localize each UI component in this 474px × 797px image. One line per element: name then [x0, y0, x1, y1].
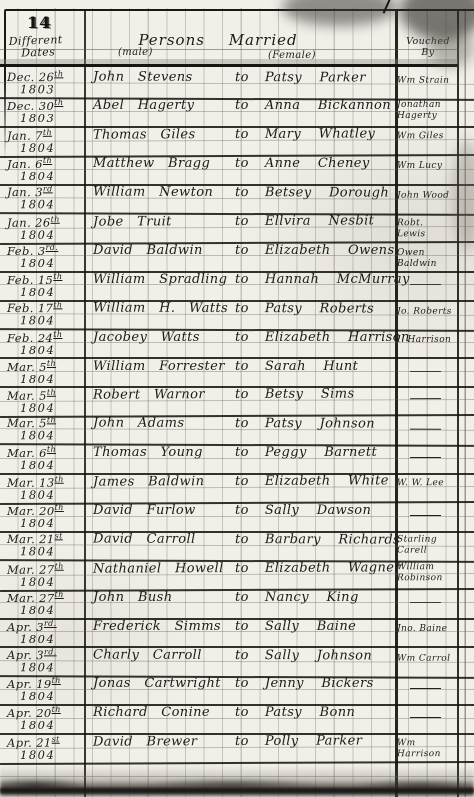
security-cell: JonathanHagerty — [397, 100, 455, 122]
to-word: to — [235, 301, 249, 316]
bride-name: Patsy Parker — [265, 70, 366, 85]
record-date: Mar. 27th — [7, 590, 64, 605]
record-row: Feb. 24th 1804 Jacobey Watts to Elizabet… — [0, 329, 474, 360]
bride-name: Nancy King — [265, 590, 359, 605]
security-dash — [410, 284, 441, 285]
record-names: John Bush to Nancy King — [93, 590, 393, 605]
record-year: 1804 — [20, 256, 55, 270]
record-names: Robert Warnor to Betsy Sims — [93, 387, 393, 403]
marriage-register-scan: 14 Different Dates Persons Married (male… — [0, 0, 474, 797]
bride-name: Sarah Hunt — [265, 359, 358, 374]
security-name: Wm Carrol — [397, 653, 455, 664]
groom-name: William Forrester — [93, 359, 231, 374]
record-date: Apr. 20th — [7, 705, 61, 720]
record-names: John Adams to Patsy Johnson — [93, 416, 393, 432]
security-cell: Jo. Roberts — [397, 306, 455, 317]
groom-name: David Furlow — [93, 503, 231, 518]
groom-name: David Baldwin — [93, 243, 231, 258]
record-date: Feb. 17th — [7, 300, 62, 315]
record-date: Mar. 5th — [7, 388, 56, 403]
record-names: David Baldwin to Elizabeth Owens — [93, 243, 393, 258]
security-name: Jonathan — [397, 100, 455, 111]
bride-name: Polly Parker — [265, 734, 363, 749]
security-cell — [397, 447, 455, 458]
record-date: Dec. 26th — [7, 69, 63, 84]
record-names: Nathaniel Howell to Elizabeth Wagner — [93, 560, 393, 576]
to-word: to — [235, 359, 249, 374]
to-word: to — [235, 243, 249, 258]
pen-mark — [383, 0, 392, 14]
header-dates-column: Different Dates — [9, 34, 64, 60]
header-thin-rule — [0, 49, 458, 50]
to-word: to — [235, 532, 249, 547]
record-names: Richard Conine to Patsy Bonn — [93, 705, 393, 720]
security-cell — [397, 274, 455, 285]
record-row: Mar. 27th 1804 John Bush to Nancy King — [0, 589, 474, 620]
to-word: to — [235, 503, 249, 518]
record-row: Apr. 21st 1804 David Brewer to Polly Par… — [0, 732, 474, 765]
to-word: to — [235, 590, 249, 605]
groom-name: Frederick Simms — [93, 619, 231, 634]
record-date: Jan. 26th — [7, 215, 60, 230]
record-names: Matthew Bragg to Anne Cheney — [93, 156, 393, 171]
to-word: to — [235, 330, 249, 345]
bride-name: Sally Baine — [265, 619, 356, 634]
ink-smudge — [282, 0, 397, 26]
to-word: to — [235, 387, 249, 402]
to-word: to — [235, 156, 249, 171]
bride-name: Elizabeth Harrison — [265, 330, 410, 345]
record-names: James Baldwin to Elizabeth White — [93, 473, 393, 489]
page-number: 14 — [27, 13, 51, 32]
record-year: 1804 — [20, 488, 55, 502]
record-year: 1804 — [20, 372, 55, 386]
security-cell: Wm Strain — [397, 75, 455, 86]
record-row: Mar. 21st 1804 David Carroll to Barbary … — [0, 530, 474, 563]
security-name: William — [397, 562, 455, 573]
record-names: Jacobey Watts to Elizabeth Harrison — [93, 330, 393, 345]
to-word: to — [235, 619, 249, 634]
record-year: 1804 — [20, 197, 55, 211]
bride-name: Betsey Dorough — [265, 185, 389, 200]
security-name: Owen Baldwin — [397, 248, 455, 270]
security-dash — [410, 457, 441, 458]
security-name: John Wood — [397, 191, 455, 202]
record-row: Mar. 5th 1804 Robert Warnor to Betsy Sim… — [0, 385, 474, 418]
record-year: 1804 — [20, 285, 55, 299]
record-row: Apr. 3rd. 1804 Frederick Simms to Sally … — [0, 618, 474, 649]
security-cell: Wm Harrison — [397, 738, 455, 760]
security-cell: John Wood — [397, 191, 455, 202]
groom-name: Robert Warnor — [93, 387, 231, 403]
security-cell — [397, 678, 455, 689]
record-row: Feb. 3rd. 1804 David Baldwin to Elizabet… — [0, 242, 474, 273]
record-date: Feb. 3rd. — [7, 243, 58, 258]
record-names: David Carroll to Barbary Richards — [93, 531, 393, 547]
record-date: Mar. 21st — [7, 531, 63, 546]
to-word: to — [235, 705, 249, 720]
record-year: 1804 — [20, 632, 55, 646]
groom-name: Charly Carroll — [93, 647, 231, 662]
record-row: Feb. 15th 1804 William Spradling to Hann… — [0, 271, 474, 302]
security-dash — [410, 688, 441, 689]
groom-name: John Bush — [93, 590, 231, 605]
record-names: Thomas Young to Peggy Barnett — [93, 445, 393, 460]
security-name: Wm Harrison — [397, 738, 455, 760]
security-name: Wm Strain — [397, 75, 455, 86]
security-dash — [410, 429, 441, 430]
bride-name: Mary Whatley — [265, 127, 376, 142]
record-row: Feb. 17th 1804 William H. Watts to Patsy… — [0, 299, 474, 332]
security-cell — [397, 419, 455, 430]
record-row: Dec. 30th 1803 Abel Hagerty to Anna Bick… — [0, 97, 474, 128]
record-names: William Forrester to Sarah Hunt — [93, 359, 393, 374]
record-date: Feb. 24th — [7, 330, 62, 345]
groom-name: David Carroll — [93, 531, 231, 546]
record-row: Mar. 13th 1804 James Baldwin to Elizabet… — [0, 472, 474, 505]
record-row: Apr. 3rd. 1804 Charly Carroll to Sally J… — [0, 646, 474, 679]
record-year: 1803 — [20, 111, 55, 125]
record-year: 1804 — [20, 141, 55, 155]
record-year: 1804 — [20, 343, 55, 357]
bride-name: Barbary Richards — [265, 532, 400, 547]
security-name: Carell — [397, 545, 455, 556]
groom-name: Abel Hagerty — [93, 98, 231, 113]
security-cell: W. W. Lee — [397, 478, 455, 489]
security-dash — [410, 515, 441, 516]
header-dates-line2: Dates — [21, 46, 63, 59]
record-year: 1804 — [20, 228, 55, 242]
groom-name: David Brewer — [93, 734, 231, 750]
security-cell: I. Harrison — [397, 335, 455, 346]
bride-name: Betsy Sims — [265, 387, 355, 402]
bride-name: Elizabeth Owens — [265, 243, 395, 258]
record-row: Mar. 27th 1804 Nathaniel Howell to Eliza… — [0, 559, 474, 592]
record-names: Thomas Giles to Mary Whatley — [93, 127, 393, 143]
bottom-ledger-rule — [0, 776, 474, 777]
record-year: 1804 — [20, 748, 55, 762]
groom-name: William Spradling — [93, 272, 231, 287]
record-date: Mar. 6th — [7, 445, 56, 460]
record-names: Charly Carroll to Sally Johnson — [93, 647, 393, 663]
security-cell: Owen Baldwin — [397, 248, 455, 270]
to-word: to — [235, 185, 249, 200]
security-cell — [397, 707, 455, 718]
groom-name: John Adams — [93, 416, 231, 431]
header-by-line1: Vouched — [406, 36, 450, 47]
security-name: W. W. Lee — [397, 478, 455, 489]
record-year: 1804 — [20, 313, 55, 327]
groom-name: John Stevens — [93, 69, 231, 84]
record-names: David Brewer to Polly Parker — [93, 734, 393, 750]
header-by-line2: By — [421, 47, 434, 58]
record-names: Frederick Simms to Sally Baine — [93, 619, 393, 634]
security-name: Starling — [397, 534, 455, 545]
record-names: Jonas Cartwright to Jenny Bickers — [93, 676, 393, 691]
to-word: to — [235, 474, 249, 489]
security-cell: Jno. Baine — [397, 624, 455, 635]
bride-name: Patsy Roberts — [265, 301, 374, 316]
security-cell: Wm Lucy — [397, 161, 455, 172]
security-cell: WilliamRobinson — [397, 562, 455, 584]
record-year: 1804 — [20, 516, 55, 530]
record-row: Jan. 3rd 1804 William Newton to Betsey D… — [0, 183, 474, 216]
record-date: Apr. 21st — [7, 735, 60, 750]
security-cell: Wm Carrol — [397, 653, 455, 664]
record-date: Mar. 13th — [7, 475, 64, 490]
security-cell — [397, 361, 455, 372]
security-name: Robt. Lewis — [397, 218, 455, 240]
security-cell — [397, 592, 455, 603]
record-date: Feb. 15th — [7, 272, 62, 287]
groom-name: Matthew Bragg — [93, 156, 231, 171]
to-word: to — [235, 647, 249, 662]
to-word: to — [235, 416, 249, 431]
record-row: Apr. 19th 1804 Jonas Cartwright to Jenny… — [0, 675, 474, 706]
record-year: 1804 — [20, 575, 55, 589]
to-word: to — [235, 676, 249, 691]
record-year: 1804 — [20, 401, 55, 415]
record-year: 1804 — [20, 689, 55, 703]
record-row: Jan. 6th 1804 Matthew Bragg to Anne Chen… — [0, 155, 474, 186]
security-dash — [410, 399, 441, 400]
to-word: to — [235, 272, 249, 287]
security-cell — [397, 505, 455, 516]
record-row: Jan. 7th 1804 Thomas Giles to Mary Whatl… — [0, 125, 474, 158]
bride-name: Elizabeth Wagner — [265, 560, 401, 576]
record-year: 1804 — [20, 603, 55, 617]
groom-name: William Newton — [93, 185, 231, 200]
record-date: Mar. 5th — [7, 415, 56, 430]
groom-name: Thomas Giles — [93, 127, 231, 143]
bride-name: Anne Cheney — [265, 156, 370, 171]
header-female-label: (Female) — [268, 50, 316, 61]
bride-name: Hannah McMurray — [265, 272, 410, 287]
bride-name: Elizabeth White — [265, 473, 389, 489]
record-row: Mar. 6th 1804 Thomas Young to Peggy Barn… — [0, 444, 474, 475]
security-cell — [397, 388, 455, 399]
bride-name: Patsy Johnson — [265, 416, 375, 431]
record-date: Jan. 7th — [7, 128, 52, 143]
record-date: Apr. 3rd. — [7, 619, 57, 634]
record-date: Jan. 6th — [7, 156, 52, 171]
record-names: William Newton to Betsey Dorough — [93, 185, 393, 201]
groom-name: Jonas Cartwright — [93, 676, 231, 691]
record-row: Dec. 26th 1803 John Stevens to Patsy Par… — [0, 68, 474, 101]
record-year: 1804 — [20, 458, 55, 472]
record-year: 1804 — [20, 169, 55, 183]
record-date: Dec. 30th — [7, 98, 63, 113]
security-cell: Wm Giles — [397, 131, 455, 142]
security-name: Jno. Baine — [397, 624, 455, 635]
record-names: William Spradling to Hannah McMurray — [93, 272, 393, 287]
bride-name: Jenny Bickers — [265, 676, 374, 691]
record-names: Jobe Truit to Ellvira Nesbit — [93, 213, 393, 229]
to-word: to — [235, 445, 249, 460]
groom-name: Nathaniel Howell — [93, 561, 231, 577]
record-row: Mar. 5th 1804 John Adams to Patsy Johnso… — [0, 414, 474, 447]
groom-name: Thomas Young — [93, 445, 231, 460]
bride-name: Patsy Bonn — [265, 705, 355, 720]
groom-name: William H. Watts — [93, 300, 231, 315]
record-row: Mar. 5th 1804 William Forrester to Sarah… — [0, 358, 474, 389]
record-year: 1804 — [20, 544, 55, 558]
record-date: Mar. 20th — [7, 503, 64, 518]
bride-name: Sally Johnson — [265, 648, 372, 663]
to-word: to — [235, 69, 249, 84]
security-name: Robinson — [397, 573, 455, 584]
security-dash — [410, 717, 441, 718]
bride-name: Anna Bickannon — [265, 98, 391, 113]
record-date: Jan. 3rd — [7, 184, 53, 199]
security-name: Wm Lucy — [397, 161, 455, 172]
security-name: Hagerty — [397, 111, 455, 122]
record-date: Apr. 19th — [7, 676, 61, 691]
groom-name: Richard Conine — [93, 705, 231, 720]
security-name: I. Harrison — [397, 335, 455, 346]
groom-name: James Baldwin — [93, 474, 231, 490]
record-names: David Furlow to Sally Dawson — [93, 503, 393, 518]
header-heavy-rule — [0, 64, 458, 67]
security-cell: StarlingCarell — [397, 534, 455, 556]
record-year: 1804 — [20, 718, 55, 732]
security-dash — [410, 371, 441, 372]
page-top-edge — [4, 9, 474, 11]
to-word: to — [235, 127, 249, 142]
record-year: 1804 — [20, 660, 55, 674]
record-names: John Stevens to Patsy Parker — [93, 69, 393, 85]
record-year: 1803 — [20, 82, 55, 96]
record-year: 1804 — [20, 429, 55, 443]
security-dash — [410, 602, 441, 603]
to-word: to — [235, 98, 249, 113]
ink-smudge — [400, 0, 474, 40]
to-word: to — [235, 734, 249, 749]
to-word: to — [235, 561, 249, 576]
header-male-label: (male) — [118, 47, 153, 58]
bottom-scan-edge — [0, 788, 474, 793]
record-date: Apr. 3rd. — [7, 647, 57, 662]
security-name: Wm Giles — [397, 131, 455, 142]
groom-name: Jacobey Watts — [93, 330, 231, 345]
security-cell: Robt. Lewis — [397, 218, 455, 240]
record-names: William H. Watts to Patsy Roberts — [93, 300, 393, 316]
record-row: Apr. 20th 1804 Richard Conine to Patsy B… — [0, 704, 474, 735]
security-name: Jo. Roberts — [397, 306, 455, 317]
record-date: Mar. 5th — [7, 359, 56, 374]
bride-name: Sally Dawson — [265, 503, 371, 518]
record-date: Mar. 27th — [7, 562, 64, 577]
bride-name: Peggy Barnett — [265, 445, 377, 460]
record-names: Abel Hagerty to Anna Bickannon — [93, 98, 393, 113]
to-word: to — [235, 214, 249, 229]
bride-name: Ellvira Nesbit — [265, 213, 375, 228]
header-by-column: Vouched By — [402, 36, 454, 58]
record-row: Jan. 26th 1804 Jobe Truit to Ellvira Nes… — [0, 212, 474, 245]
groom-name: Jobe Truit — [93, 214, 231, 230]
record-row: Mar. 20th 1804 David Furlow to Sally Daw… — [0, 502, 474, 533]
